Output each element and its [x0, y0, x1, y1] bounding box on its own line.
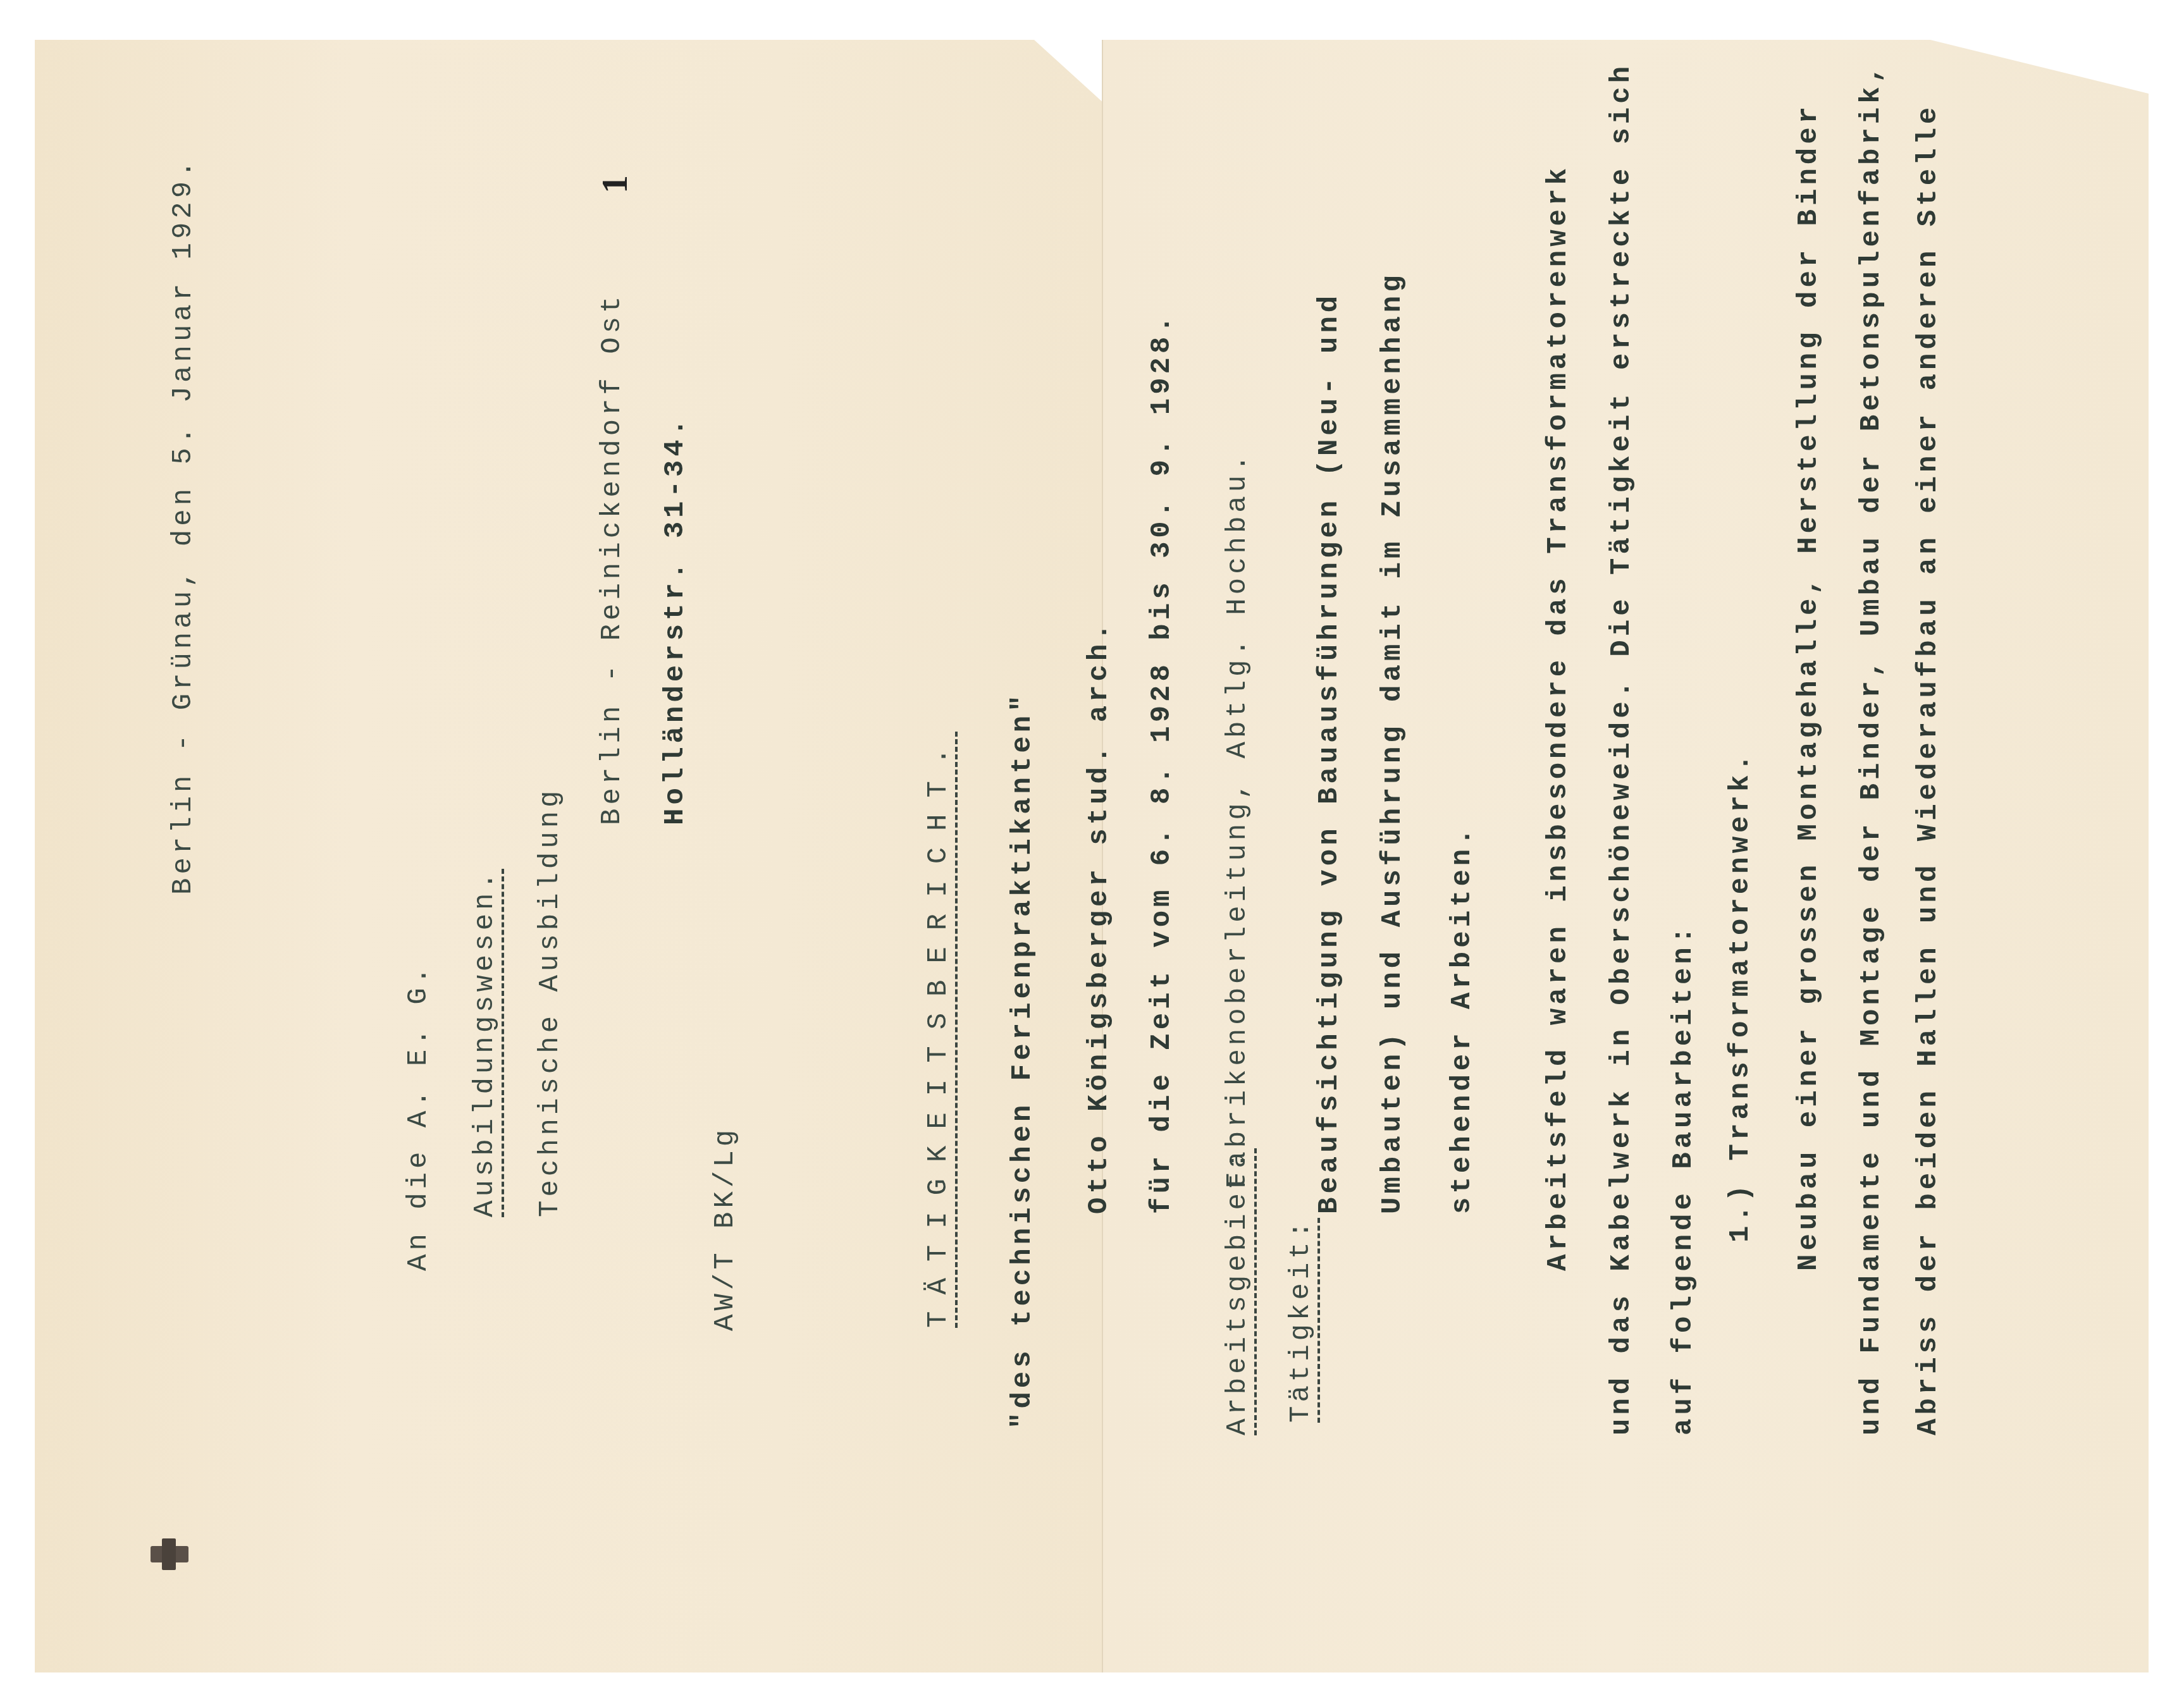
handwritten-mark: 1	[593, 175, 636, 193]
body-line-7: Abriss der beiden Hallen und Wiederaufba…	[1915, 104, 1942, 1435]
body-line-5: Neubau einer grossen Montagehalle, Herst…	[1795, 103, 1823, 1271]
reference-code: AW/T BK/Lg	[712, 1126, 739, 1331]
arbeitsgebiet-label: Arbeitsgebiet:	[1224, 1148, 1257, 1435]
taetigkeit-line-3: stehender Arbeiten.	[1448, 825, 1476, 1214]
body-line-4: 1.) Transformatorenwerk.	[1727, 751, 1755, 1243]
document-title: TÄTIGKEITSBERICHT.	[925, 732, 958, 1328]
taetigkeit-line-1: Beaufsichtigung von Bauausführungen (Neu…	[1316, 292, 1343, 1214]
body-line-1: Arbeitsfeld waren insbesondere das Trans…	[1545, 164, 1572, 1271]
recipient-line-3: Technische Ausbildung	[536, 787, 564, 1218]
recipient-line-5: Holländerstr. 31-34.	[662, 415, 689, 825]
date-line: Berlin - Grünau, den 5. Januar 1929.	[170, 157, 197, 895]
document-subtitle: "des technischen Ferienpraktikanten"	[1009, 691, 1037, 1429]
recipient-line-4: Berlin - Reinickendorf Ost	[598, 292, 626, 825]
staple-pin-icon	[151, 1546, 188, 1562]
arbeitsgebiet-value: Fabrikenoberleitung, Abtlg. Hochbau.	[1224, 451, 1252, 1189]
body-line-3: auf folgende Bauarbeiten:	[1670, 923, 1698, 1435]
recipient-line-1: An die A. E. G.	[405, 964, 433, 1271]
body-line-2: und das Kabelwerk in Oberschöneweide. Di…	[1608, 63, 1636, 1435]
taetigkeit-line-2: Umbauten) und Ausführung damit im Zusamm…	[1379, 271, 1407, 1214]
body-line-6: und Fundamente und Montage der Binder, U…	[1858, 63, 1885, 1435]
taetigkeit-label: Tätigkeit:	[1287, 1218, 1320, 1423]
recipient-line-2: Ausbildungswesen.	[471, 869, 504, 1217]
author-line: Otto Königsberger stud. arch.	[1085, 620, 1113, 1214]
period-line: für die Zeit vom 6. 8. 1928 bis 30. 9. 1…	[1148, 312, 1176, 1214]
